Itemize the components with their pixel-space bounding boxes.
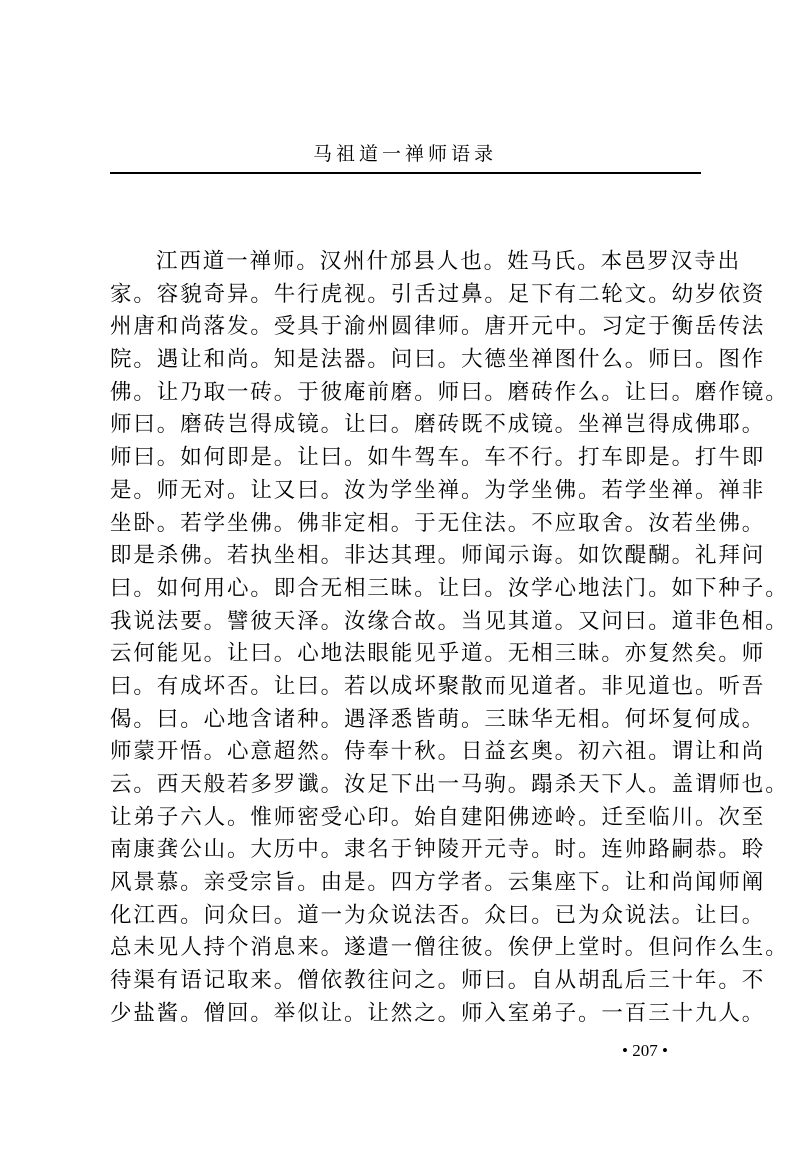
text-line: 佛。让乃取一砖。于彼庵前磨。师曰。磨砖作么。让曰。磨作镜。 (110, 377, 702, 410)
text-line: 是。师无对。让又曰。汝为学坐禅。为学坐佛。若学坐禅。禅非 (110, 475, 702, 508)
text-line: 院。遇让和尚。知是法器。问曰。大德坐禅图什么。师曰。图作 (110, 344, 702, 377)
text-line: 师曰。如何即是。让曰。如牛驾车。车不行。打车即是。打牛即 (110, 442, 702, 475)
running-header-title: 马祖道一禅师语录 (110, 142, 700, 166)
text-line: 我说法要。譬彼天泽。汝缘合故。当见其道。又问曰。道非色相。 (110, 606, 702, 639)
text-line: 风景慕。亲受宗旨。由是。四方学者。云集座下。让和尚闻师阐 (110, 867, 702, 900)
text-line: 州唐和尚落发。受具于渝州圆律师。唐开元中。习定于衡岳传法 (110, 311, 702, 344)
text-line: 化江西。问众曰。道一为众说法否。众曰。已为众说法。让曰。 (110, 900, 702, 933)
text-line: 坐卧。若学坐佛。佛非定相。于无住法。不应取舍。汝若坐佛。 (110, 508, 702, 541)
text-line: 即是杀佛。若执坐相。非达其理。师闻示诲。如饮醍醐。礼拜问 (110, 540, 702, 573)
text-line: 师蒙开悟。心意超然。侍奉十秋。日益玄奥。初六祖。谓让和尚 (110, 736, 702, 769)
header-divider (110, 172, 701, 174)
text-line: 让弟子六人。惟师密受心印。始自建阳佛迹岭。迁至临川。次至 (110, 802, 702, 835)
text-line: 云。西天般若多罗谶。汝足下出一马驹。蹋杀天下人。盖谓师也。 (110, 769, 702, 802)
text-line: 少盐酱。僧回。举似让。让然之。师入室弟子。一百三十九人。 (110, 998, 702, 1031)
text-line: 师曰。磨砖岂得成镜。让曰。磨砖既不成镜。坐禅岂得成佛耶。 (110, 409, 702, 442)
text-line: 待渠有语记取来。僧依教往问之。师曰。自从胡乱后三十年。不 (110, 965, 702, 998)
text-line: 南康龚公山。大历中。隶名于钟陵开元寺。时。连帅路嗣恭。聆 (110, 834, 702, 867)
text-line: 曰。有成坏否。让曰。若以成坏聚散而见道者。非见道也。听吾 (110, 671, 702, 704)
book-page: 马祖道一禅师语录 江西道一禅师。汉州什邡县人也。姓马氏。本邑罗汉寺出 家。容貌奇… (0, 0, 794, 1149)
text-line: 江西道一禅师。汉州什邡县人也。姓马氏。本邑罗汉寺出 (110, 246, 702, 279)
text-line: 家。容貌奇异。牛行虎视。引舌过鼻。足下有二轮文。幼岁依资 (110, 279, 702, 312)
text-line: 总未见人持个消息来。遂遣一僧往彼。俟伊上堂时。但问作么生。 (110, 932, 702, 965)
body-text: 江西道一禅师。汉州什邡县人也。姓马氏。本邑罗汉寺出 家。容貌奇异。牛行虎视。引舌… (110, 246, 702, 1031)
text-line: 偈。曰。心地含诸种。遇泽悉皆萌。三昧华无相。何坏复何成。 (110, 704, 702, 737)
text-line: 曰。如何用心。即合无相三昧。让曰。汝学心地法门。如下种子。 (110, 573, 702, 606)
text-line: 云何能见。让曰。心地法眼能见乎道。无相三昧。亦复然矣。师 (110, 638, 702, 671)
page-number: • 207 • (622, 1040, 702, 1062)
